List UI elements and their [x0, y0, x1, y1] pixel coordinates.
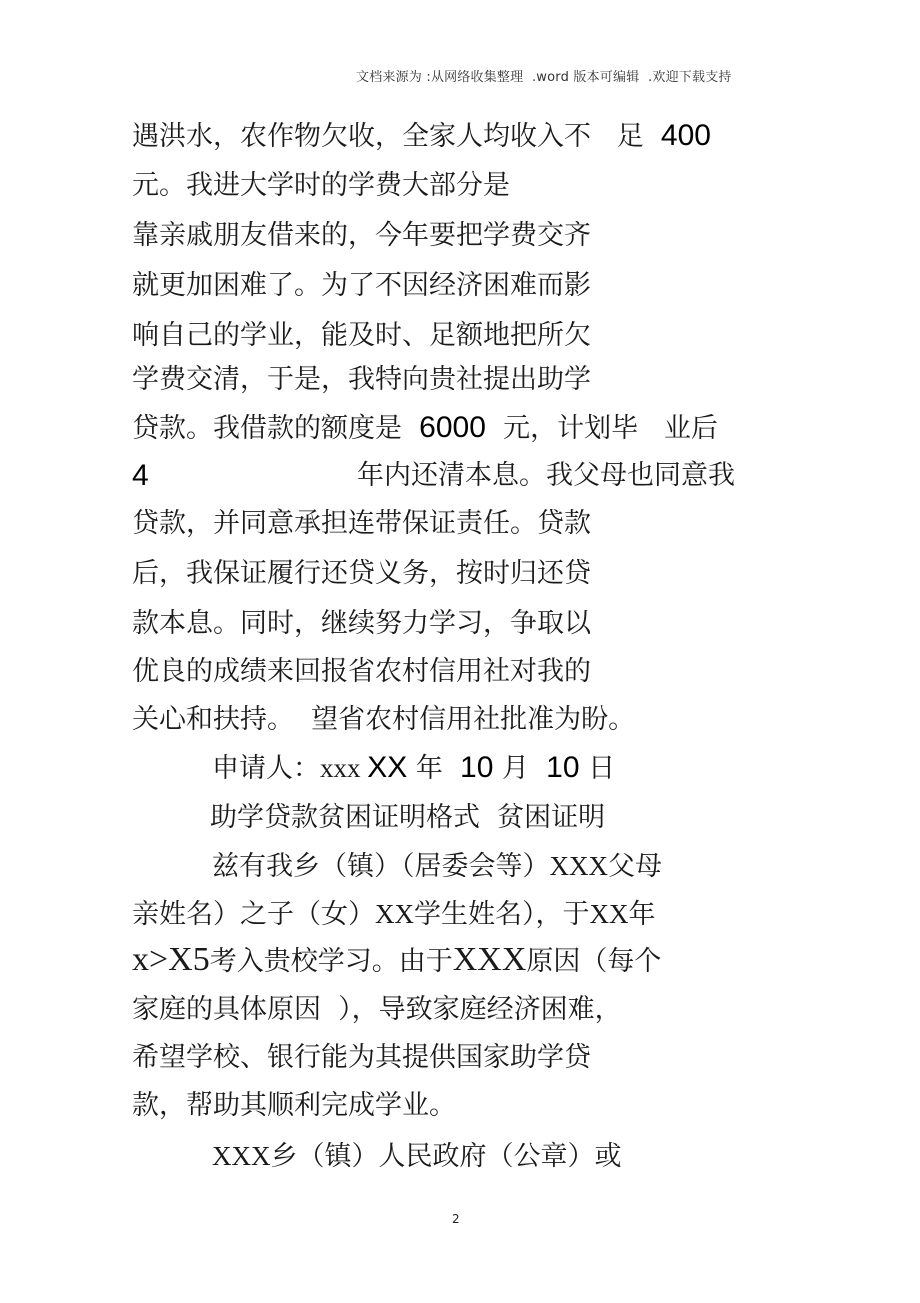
- placeholder-value: x>X5: [132, 941, 210, 978]
- body-line-11: 款本息。同时，继续努力学习，争取以: [132, 606, 591, 642]
- line-text: 贷款。我借款的额度是: [132, 413, 419, 444]
- line-text: 日: [580, 753, 616, 784]
- body-line-16: 兹有我乡（镇）（居委会等）XXX父母: [212, 848, 662, 885]
- line-text: 考入贵校学习。由于: [210, 946, 453, 977]
- applicant-signature-line: 申请人：xxx XX 年 10 月 10 日: [212, 750, 615, 787]
- body-line-22: XXX乡（镇）人民政府（公章）或: [212, 1138, 622, 1175]
- line-text: 月: [493, 753, 546, 784]
- line-text: 申请人：: [212, 753, 320, 784]
- line-text: 年: [629, 899, 656, 930]
- body-line-1: 遇洪水，农作物欠收，全家人均收入不 足 400: [132, 118, 711, 155]
- body-line-6: 学费交清，于是，我特向贵社提出助学: [132, 362, 591, 398]
- line-text: 遇洪水，农作物欠收，全家人均收入不 足: [132, 121, 661, 152]
- amount-value: 400: [661, 119, 711, 152]
- placeholder-value: XXX: [212, 1141, 271, 1171]
- body-line-20: 希望学校、银行能为其提供国家助学贷: [132, 1040, 591, 1076]
- body-line-3: 靠亲戚朋友借来的，今年要把学费交齐: [132, 218, 591, 254]
- body-line-21: 款，帮助其顺利完成学业。: [132, 1088, 456, 1124]
- day-value: 10: [546, 751, 579, 784]
- line-text: 元，计划毕 业后: [486, 413, 718, 444]
- body-line-7: 贷款。我借款的额度是 6000 元，计划毕 业后: [132, 410, 718, 447]
- placeholder-value: XXX: [453, 941, 527, 978]
- body-line-2: 元。我进大学时的学费大部分是: [132, 168, 510, 204]
- line-text: 年内还清本息。我父母也同意我: [357, 458, 735, 494]
- body-line-5: 响自己的学业，能及时、足额地把所欠: [132, 318, 591, 354]
- body-line-8: 4年内还清本息。我父母也同意我: [132, 458, 149, 495]
- years-value: 4: [132, 459, 149, 492]
- body-line-4: 就更加困难了。为了不因经济困难而影: [132, 268, 591, 304]
- loan-amount: 6000: [419, 411, 486, 444]
- document-source-header: 文档来源为 :从网络收集整理 .word 版本可编辑 .欢迎下载支持: [356, 66, 732, 85]
- body-line-18: x>X5考入贵校学习。由于XXX原因（每个: [132, 942, 661, 980]
- placeholder-value: XX: [590, 899, 629, 929]
- line-text: 原因（每个: [526, 946, 661, 977]
- body-line-17: 亲姓名）之子（女）XX学生姓名），于XX年: [132, 896, 656, 933]
- line-text: 学生姓名），于: [414, 899, 590, 930]
- month-value: 10: [460, 751, 493, 784]
- body-line-19: 家庭的具体原因 ），导致家庭经济困难，: [132, 992, 622, 1028]
- page-number: 2: [452, 1212, 460, 1226]
- line-text: 乡（镇）人民政府（公章）或: [271, 1141, 622, 1172]
- year-value: XX: [367, 751, 407, 784]
- body-line-12: 优良的成绩来回报省农村信用社对我的: [132, 654, 591, 690]
- placeholder-value: XX: [375, 899, 414, 929]
- body-line-13: 关心和扶持。 望省农村信用社批准为盼。: [132, 702, 635, 738]
- body-line-9: 贷款，并同意承担连带保证责任。贷款: [132, 506, 591, 542]
- applicant-name: xxx: [320, 753, 367, 783]
- section-title: 助学贷款贫困证明格式 贫困证明: [210, 800, 605, 836]
- body-line-10: 后，我保证履行还贷义务，按时归还贷: [132, 556, 591, 592]
- line-text: 年: [407, 753, 460, 784]
- line-text: 父母: [608, 851, 662, 882]
- line-text: 兹有我乡（镇）（居委会等）: [212, 851, 550, 882]
- line-text: 亲姓名）之子（女）: [132, 899, 375, 930]
- placeholder-value: XXX: [550, 851, 609, 881]
